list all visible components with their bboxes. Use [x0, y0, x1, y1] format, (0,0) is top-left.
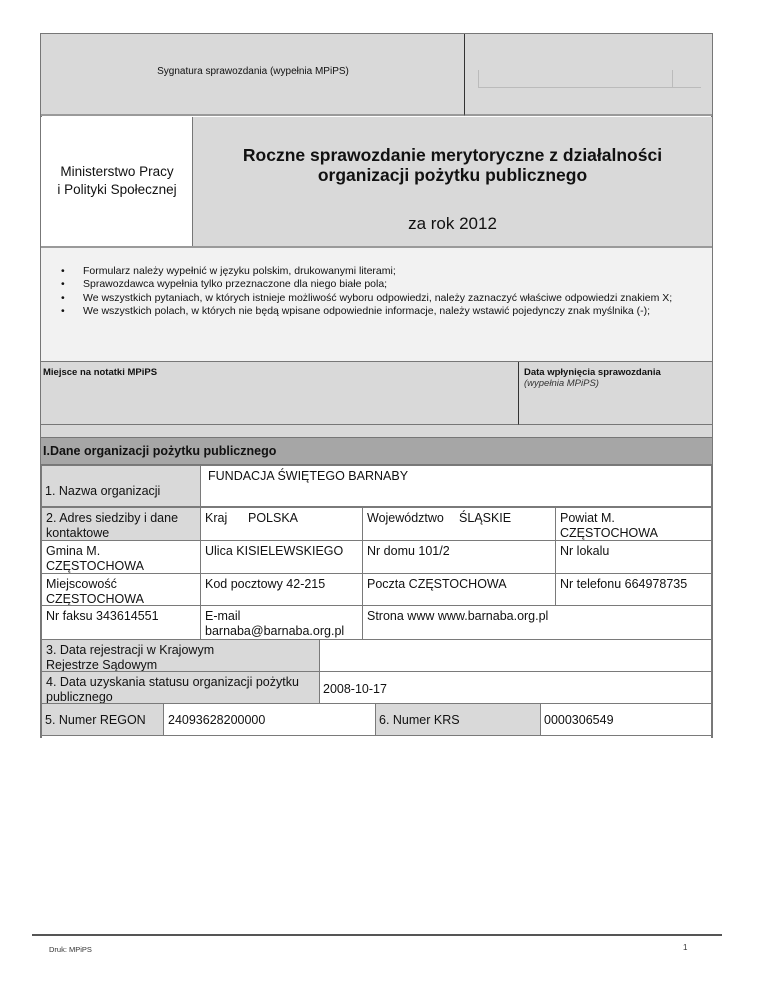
receipt-date-field[interactable]: Data wpłynięcia sprawozdania (wypełnia M…: [519, 362, 712, 425]
voivodeship-field[interactable]: Województwo ŚLĄSKIE: [362, 507, 556, 541]
section-header: I.Dane organizacji pożytku publicznego: [41, 438, 712, 465]
commune-field[interactable]: Gmina M. CZĘSTOCHOWA: [41, 540, 201, 574]
signature-label-cell: Sygnatura sprawozdania (wypełnia MPiPS): [41, 34, 465, 116]
krs-registration-date-field[interactable]: [319, 639, 712, 672]
regon-field[interactable]: 24093628200000: [163, 703, 376, 736]
receipt-date-sublabel: (wypełnia MPiPS): [524, 378, 599, 389]
voivodeship-value: ŚLĄSKIE: [459, 511, 511, 526]
krs-registration-date-label: 3. Data rejestracji w Krajowym Rejestrze…: [41, 639, 320, 672]
locality-field[interactable]: Miejscowość CZĘSTOCHOWA: [41, 573, 201, 606]
report-title-line-2: organizacji pożytku publicznego: [193, 165, 712, 185]
instruction-item: •Formularz należy wypełnić w języku pols…: [41, 265, 672, 278]
phone-field[interactable]: Nr telefonu 664978735: [555, 573, 712, 606]
county-field[interactable]: Powiat M. CZĘSTOCHOWA: [555, 507, 712, 541]
instruction-item: •We wszystkich pytaniach, w których istn…: [41, 292, 672, 305]
report-year: za rok 2012: [193, 214, 712, 234]
email-value: barnaba@barnaba.org.pl: [205, 624, 358, 639]
instruction-item: •We wszystkich polach, w których nie będ…: [41, 305, 672, 318]
ministry-name: Ministerstwo Pracy i Polityki Społecznej: [41, 163, 193, 199]
krs-number-label: 6. Numer KRS: [375, 703, 541, 736]
title-cell: Roczne sprawozdanie merytoryczne z dział…: [193, 117, 712, 246]
apartment-number-field[interactable]: Nr lokalu: [555, 540, 712, 574]
country-value: POLSKA: [248, 511, 298, 526]
instruction-item: •Sprawozdawca wypełnia tylko przeznaczon…: [41, 278, 672, 291]
page-number: 1: [683, 943, 687, 952]
country-label: Kraj: [205, 511, 227, 525]
org-name-field[interactable]: FUNDACJA ŚWIĘTEGO BARNABY: [200, 465, 712, 507]
website-field[interactable]: Strona www www.barnaba.org.pl: [362, 605, 712, 640]
opp-status-date-field[interactable]: 2008-10-17: [319, 671, 712, 704]
opp-status-date-label: 4. Data uzyskania statusu organizacji po…: [41, 671, 320, 704]
instructions-list: •Formularz należy wypełnić w języku pols…: [41, 265, 672, 318]
ministry-line-1: Ministerstwo Pracy: [41, 163, 193, 181]
section-title: I.Dane organizacji pożytku publicznego: [43, 444, 276, 458]
receipt-date-label: Data wpłynięcia sprawozdania: [524, 367, 661, 378]
signature-bracket: [478, 70, 673, 88]
report-title-line-1: Roczne sprawozdanie merytoryczne z dział…: [193, 145, 712, 165]
postal-code-field[interactable]: Kod pocztowy 42-215: [200, 573, 363, 606]
notes-area[interactable]: Miejsce na notatki MPiPS: [41, 362, 519, 425]
org-name-label: 1. Nazwa organizacji: [41, 465, 201, 507]
instructions-box: •Formularz należy wypełnić w języku pols…: [41, 246, 712, 362]
country-field[interactable]: Kraj POLSKA: [200, 507, 363, 541]
email-label: E-mail: [205, 609, 358, 624]
voivodeship-label: Województwo: [367, 511, 444, 525]
regon-label: 5. Numer REGON: [41, 703, 164, 736]
fax-field[interactable]: Nr faksu 343614551: [41, 605, 201, 640]
footer-rule: [32, 934, 722, 936]
street-field[interactable]: Ulica KISIELEWSKIEGO: [200, 540, 363, 574]
house-number-field[interactable]: Nr domu 101/2: [362, 540, 556, 574]
krs-number-field[interactable]: 0000306549: [540, 703, 712, 736]
signature-field[interactable]: [465, 34, 712, 116]
spacer-strip: [41, 425, 712, 438]
post-office-field[interactable]: Poczta CZĘSTOCHOWA: [362, 573, 556, 606]
footer-print-label: Druk: MPiPS: [49, 945, 92, 954]
ministry-line-2: i Polityki Społecznej: [41, 181, 193, 199]
signature-label: Sygnatura sprawozdania (wypełnia MPiPS): [41, 66, 465, 77]
signature-bracket-tail: [673, 87, 701, 88]
notes-label: Miejsce na notatki MPiPS: [43, 367, 157, 378]
report-title: Roczne sprawozdanie merytoryczne z dział…: [193, 145, 712, 185]
email-field[interactable]: E-mail barnaba@barnaba.org.pl: [200, 605, 363, 640]
address-label: 2. Adres siedziby i dane kontaktowe: [41, 507, 201, 541]
ministry-cell: Ministerstwo Pracy i Polityki Społecznej: [41, 117, 193, 246]
